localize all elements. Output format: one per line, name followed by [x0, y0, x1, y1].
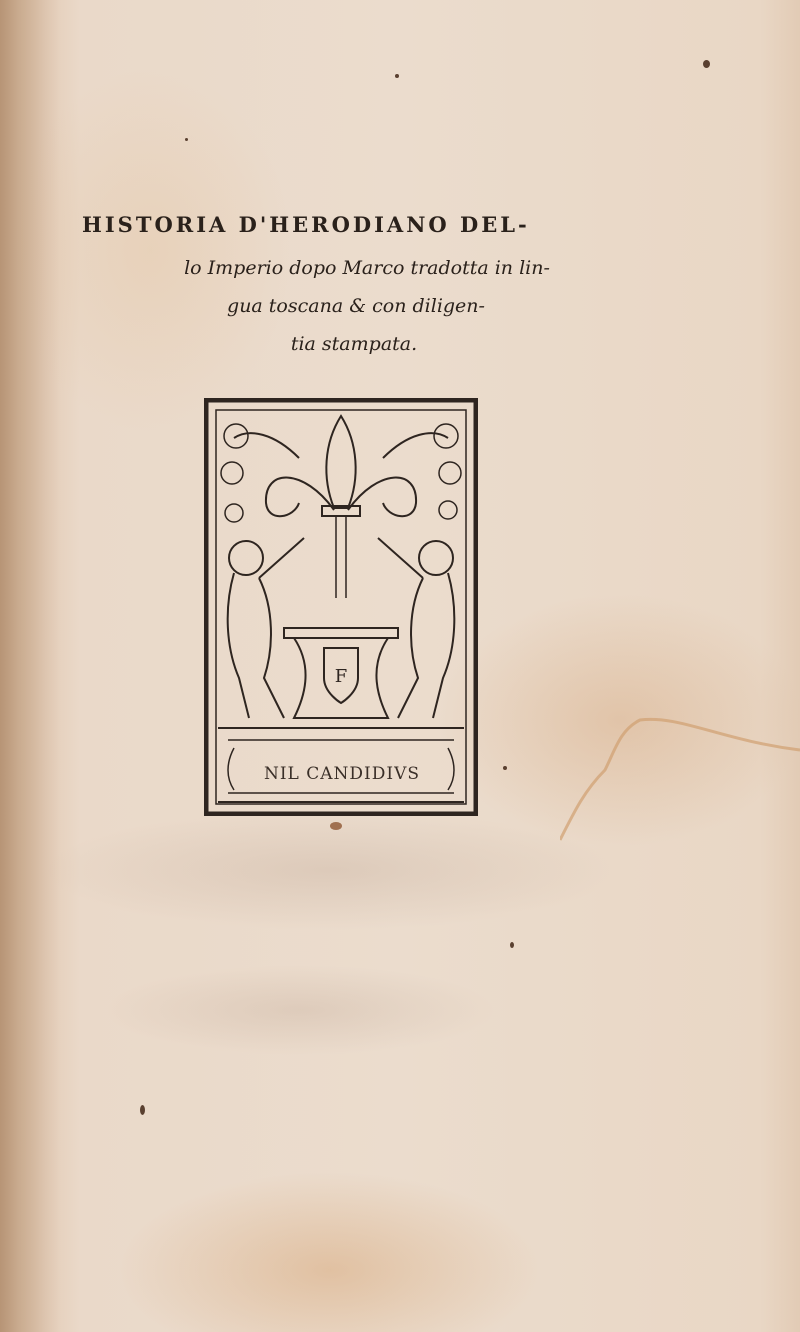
- ink-speck: [703, 60, 710, 68]
- title-line-4: tia stampata.: [70, 325, 630, 363]
- title-line-3: gua toscana & con diligen-: [70, 287, 630, 325]
- title-line-1: HISTORIA D'HERODIANO DEL-: [70, 212, 630, 237]
- printer-device-woodcut: F: [204, 398, 478, 816]
- ink-speck: [185, 138, 188, 141]
- shield-letter: F: [335, 666, 348, 687]
- printer-motto: NIL CANDIDIVS: [232, 764, 452, 784]
- title-line-2: lo Imperio dopo Marco tradotta in lin-: [70, 249, 630, 287]
- ink-speck: [503, 766, 507, 770]
- ink-speck: [510, 942, 514, 948]
- ink-speck: [140, 1105, 145, 1115]
- ink-speck: [395, 74, 399, 78]
- ink-speck: [330, 822, 342, 830]
- book-page: HISTORIA D'HERODIANO DEL- lo Imperio dop…: [0, 0, 800, 1332]
- paper-crack: [560, 690, 800, 850]
- spine-shadow: [0, 0, 60, 1332]
- title-block: HISTORIA D'HERODIANO DEL- lo Imperio dop…: [70, 212, 630, 363]
